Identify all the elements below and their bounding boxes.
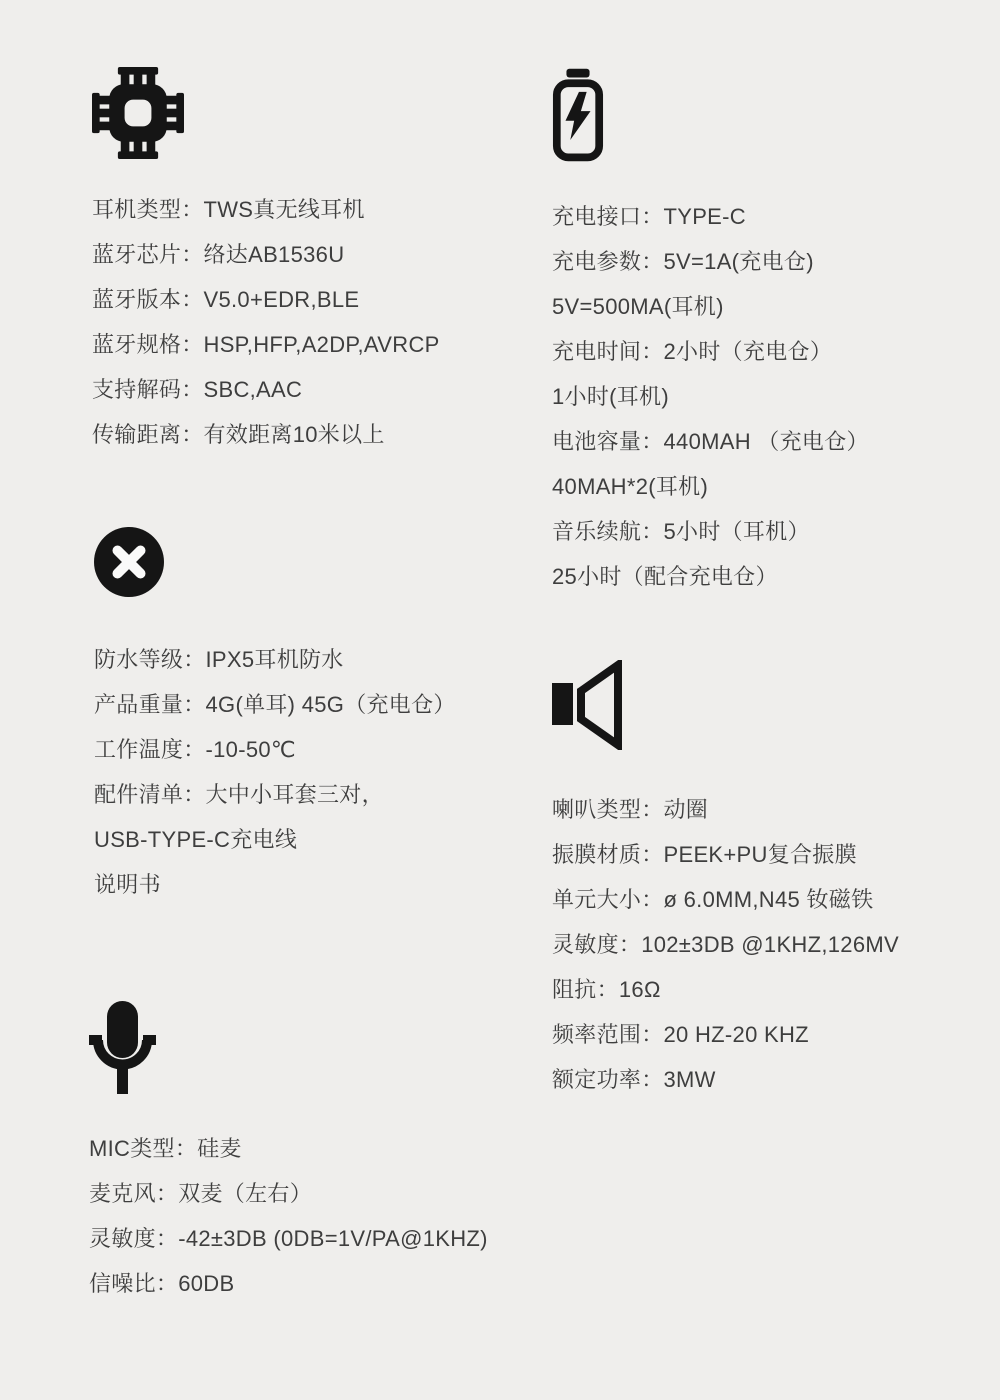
spec-line: 电池容量：440MAH （充电仓） — [552, 419, 869, 464]
spec-line: 蓝牙版本：V5.0+EDR,BLE — [92, 277, 440, 322]
speaker-spec-list: 喇叭类型：动圈 振膜材质：PEEK+PU复合振膜 单元大小：ø 6.0MM,N4… — [552, 787, 899, 1102]
spec-line: 喇叭类型：动圈 — [552, 787, 899, 832]
spec-line: 说明书 — [94, 862, 456, 907]
spec-line: 阻抗：16Ω — [552, 967, 899, 1012]
spec-line: 单元大小：ø 6.0MM,N45 钕磁铁 — [552, 877, 899, 922]
spec-line: 灵敏度：-42±3DB (0DB=1V/PA@1KHZ) — [89, 1216, 488, 1261]
spec-line: 1小时(耳机) — [552, 374, 869, 419]
battery-charging-icon — [552, 68, 604, 162]
spec-line: 25小时（配合充电仓） — [552, 554, 869, 599]
spec-line: 振膜材质：PEEK+PU复合振膜 — [552, 832, 899, 877]
spec-line: 支持解码：SBC,AAC — [92, 367, 440, 412]
chip-icon — [92, 65, 184, 161]
spec-line: 5V=500MA(耳机) — [552, 284, 869, 329]
spec-line: 蓝牙规格：HSP,HFP,A2DP,AVRCP — [92, 322, 440, 367]
microphone-spec-list: MIC类型：硅麦 麦克风：双麦（左右） 灵敏度：-42±3DB (0DB=1V/… — [89, 1126, 488, 1306]
section-charging-specs: 充电接口：TYPE-C 充电参数：5V=1A(充电仓) 5V=500MA(耳机)… — [552, 68, 869, 599]
spec-line: 灵敏度：102±3DB @1KHZ,126MV — [552, 922, 899, 967]
spec-line: 额定功率：3MW — [552, 1057, 899, 1102]
spec-line: 麦克风：双麦（左右） — [89, 1171, 488, 1216]
section-microphone-specs: MIC类型：硅麦 麦克风：双麦（左右） 灵敏度：-42±3DB (0DB=1V/… — [89, 1001, 488, 1306]
section-waterproof-specs: 防水等级：IPX5耳机防水 产品重量：4G(单耳) 45G（充电仓） 工作温度：… — [94, 527, 456, 907]
spec-line: 信噪比：60DB — [89, 1261, 488, 1306]
spec-line: 充电时间：2小时（充电仓） — [552, 329, 869, 374]
spec-line: MIC类型：硅麦 — [89, 1126, 488, 1171]
spec-line: 工作温度：-10-50℃ — [94, 727, 456, 772]
x-circle-icon — [94, 527, 164, 597]
spec-line: USB-TYPE-C充电线 — [94, 817, 456, 862]
speaker-icon — [552, 660, 623, 750]
spec-line: 耳机类型：TWS真无线耳机 — [92, 187, 440, 232]
spec-line: 传输距离：有效距离10米以上 — [92, 412, 440, 457]
spec-line: 40MAH*2(耳机) — [552, 464, 869, 509]
section-bluetooth-specs: 耳机类型：TWS真无线耳机 蓝牙芯片：络达AB1536U 蓝牙版本：V5.0+E… — [92, 65, 440, 457]
section-speaker-specs: 喇叭类型：动圈 振膜材质：PEEK+PU复合振膜 单元大小：ø 6.0MM,N4… — [552, 660, 899, 1102]
spec-line: 配件清单：大中小耳套三对， — [94, 772, 456, 817]
spec-line: 音乐续航：5小时（耳机） — [552, 509, 869, 554]
waterproof-spec-list: 防水等级：IPX5耳机防水 产品重量：4G(单耳) 45G（充电仓） 工作温度：… — [94, 637, 456, 907]
spec-line: 防水等级：IPX5耳机防水 — [94, 637, 456, 682]
spec-line: 蓝牙芯片：络达AB1536U — [92, 232, 440, 277]
bluetooth-spec-list: 耳机类型：TWS真无线耳机 蓝牙芯片：络达AB1536U 蓝牙版本：V5.0+E… — [92, 187, 440, 457]
spec-line: 频率范围：20 HZ-20 KHZ — [552, 1012, 899, 1057]
spec-line: 充电接口：TYPE-C — [552, 194, 869, 239]
spec-line: 产品重量：4G(单耳) 45G（充电仓） — [94, 682, 456, 727]
charging-spec-list: 充电接口：TYPE-C 充电参数：5V=1A(充电仓) 5V=500MA(耳机)… — [552, 194, 869, 599]
microphone-icon — [89, 1001, 156, 1094]
spec-line: 充电参数：5V=1A(充电仓) — [552, 239, 869, 284]
